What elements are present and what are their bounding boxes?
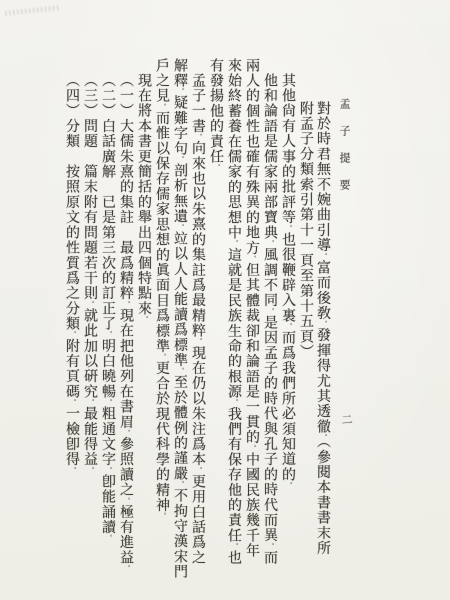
text-column-15: （四）分類 按照原文的性質爲之分類。附有頁碼。一檢卽得。 [63, 58, 81, 593]
text-columns: 對於時君無不婉曲引導。富而後敎。發揮得尤其透徹。（參閱本書書末所附孟子分類索引第… [63, 58, 332, 593]
full-stop: 。 [195, 467, 202, 474]
full-stop: 。 [267, 543, 274, 550]
full-stop: 。 [267, 308, 274, 315]
full-stop: 。 [177, 156, 184, 163]
full-stop: 。 [69, 332, 76, 339]
full-stop: 。 [69, 399, 76, 406]
text-column-12: （一）大儒朱熹的集註 最爲精粹。現在把他列在書眉。參照讀之。極有進益。 [117, 58, 135, 593]
full-stop: 。 [231, 543, 238, 550]
margin-column: 孟子提要 二 [336, 0, 356, 600]
full-stop: 。 [231, 240, 238, 247]
full-stop: 。 [87, 399, 94, 406]
full-stop: 。 [285, 482, 292, 489]
text-column-4: 他和論語是儒家兩部寶典。風調不同。是因孟子的時代與孔子的時代而異。而 [261, 58, 279, 593]
text-column-5: 兩人的個性也確有殊異的地方。但其體裁卻和論語是一貫的。中國民族幾千年 [243, 58, 261, 593]
full-stop: 。 [285, 323, 292, 330]
full-stop: 。 [105, 399, 112, 406]
full-stop: 。 [249, 445, 256, 452]
full-stop: 。 [320, 320, 327, 327]
full-stop: 。 [195, 134, 202, 141]
full-stop: 。 [195, 339, 202, 346]
full-stop: 。 [105, 535, 112, 542]
full-stop: 。 [159, 104, 166, 111]
running-title: 孟子提要 [336, 98, 352, 206]
full-stop: 。 [320, 253, 327, 260]
full-stop: 。 [123, 498, 130, 505]
full-stop: 。 [159, 354, 166, 361]
text-column-6: 來始終蓄養在儒家的思想中。這就是民族生命的根源。我們有保存他的責任。也 [225, 58, 243, 593]
full-stop: 。 [320, 434, 327, 441]
full-stop: 。 [87, 467, 94, 474]
full-stop: 。 [285, 225, 292, 232]
full-stop: 。 [141, 316, 148, 323]
text-column-9: 解釋。疑難字句。剖析無遺。竝以人人能讀爲標準。至於體例的謹嚴。不拘守漢宋門 [171, 58, 189, 593]
corner-print-smudge [5, 5, 59, 16]
full-stop: 。 [177, 88, 184, 95]
full-stop: 。 [123, 301, 130, 308]
full-stop: 。 [177, 224, 184, 231]
text-column-14: （三）問題 篇末附有問題若干則。就此加以硏究。最能得益。 [81, 58, 99, 593]
full-stop: 。 [213, 164, 220, 171]
text-column-10: 戶之見。而惟以保存儒家思想的眞面目爲標準。更合於現代科學的精神。 [153, 58, 171, 593]
full-stop: 。 [87, 301, 94, 308]
full-stop: 。 [105, 467, 112, 474]
text-column-3: 其他尙有人事的批評等。也很鞭辟入裏。而爲我們所必須知道的。 [279, 58, 297, 593]
text-column-13: （二）白話廣解 已是第三次的訂正了。明白曉暢。粗通文字。卽能誦讀。 [99, 58, 117, 593]
full-stop: 。 [159, 513, 166, 520]
full-stop: 。 [123, 430, 130, 437]
text-column-8: 孟子一書。向來也以朱熹的集註爲最精粹。現在仍以朱注爲本。更用白話爲之 [189, 58, 207, 593]
page-number: 二 [338, 413, 355, 425]
full-stop: 。 [177, 368, 184, 375]
full-stop: 。 [177, 481, 184, 488]
book-page: 孟子提要 二 對於時君無不婉曲引導。富而後敎。發揮得尤其透徹。（參閱本書書末所附… [0, 0, 450, 600]
full-stop: 。 [249, 256, 256, 263]
full-stop: 。 [123, 565, 130, 572]
text-column-1: 對於時君無不婉曲引導。富而後敎。發揮得尤其透徹。（參閱本書書末所 [314, 58, 332, 593]
full-stop: 。 [69, 467, 76, 474]
text-column-11: 現在將本書更簡括的舉出四個特點來。 [135, 58, 153, 593]
full-stop: 。 [105, 332, 112, 339]
full-stop: 。 [231, 399, 238, 406]
text-column-7: 有發揚他的責任。 [207, 58, 225, 593]
text-column-2: 附孟子分類索引第十一頁至第十五頁） [297, 58, 314, 593]
full-stop: 。 [267, 240, 274, 247]
